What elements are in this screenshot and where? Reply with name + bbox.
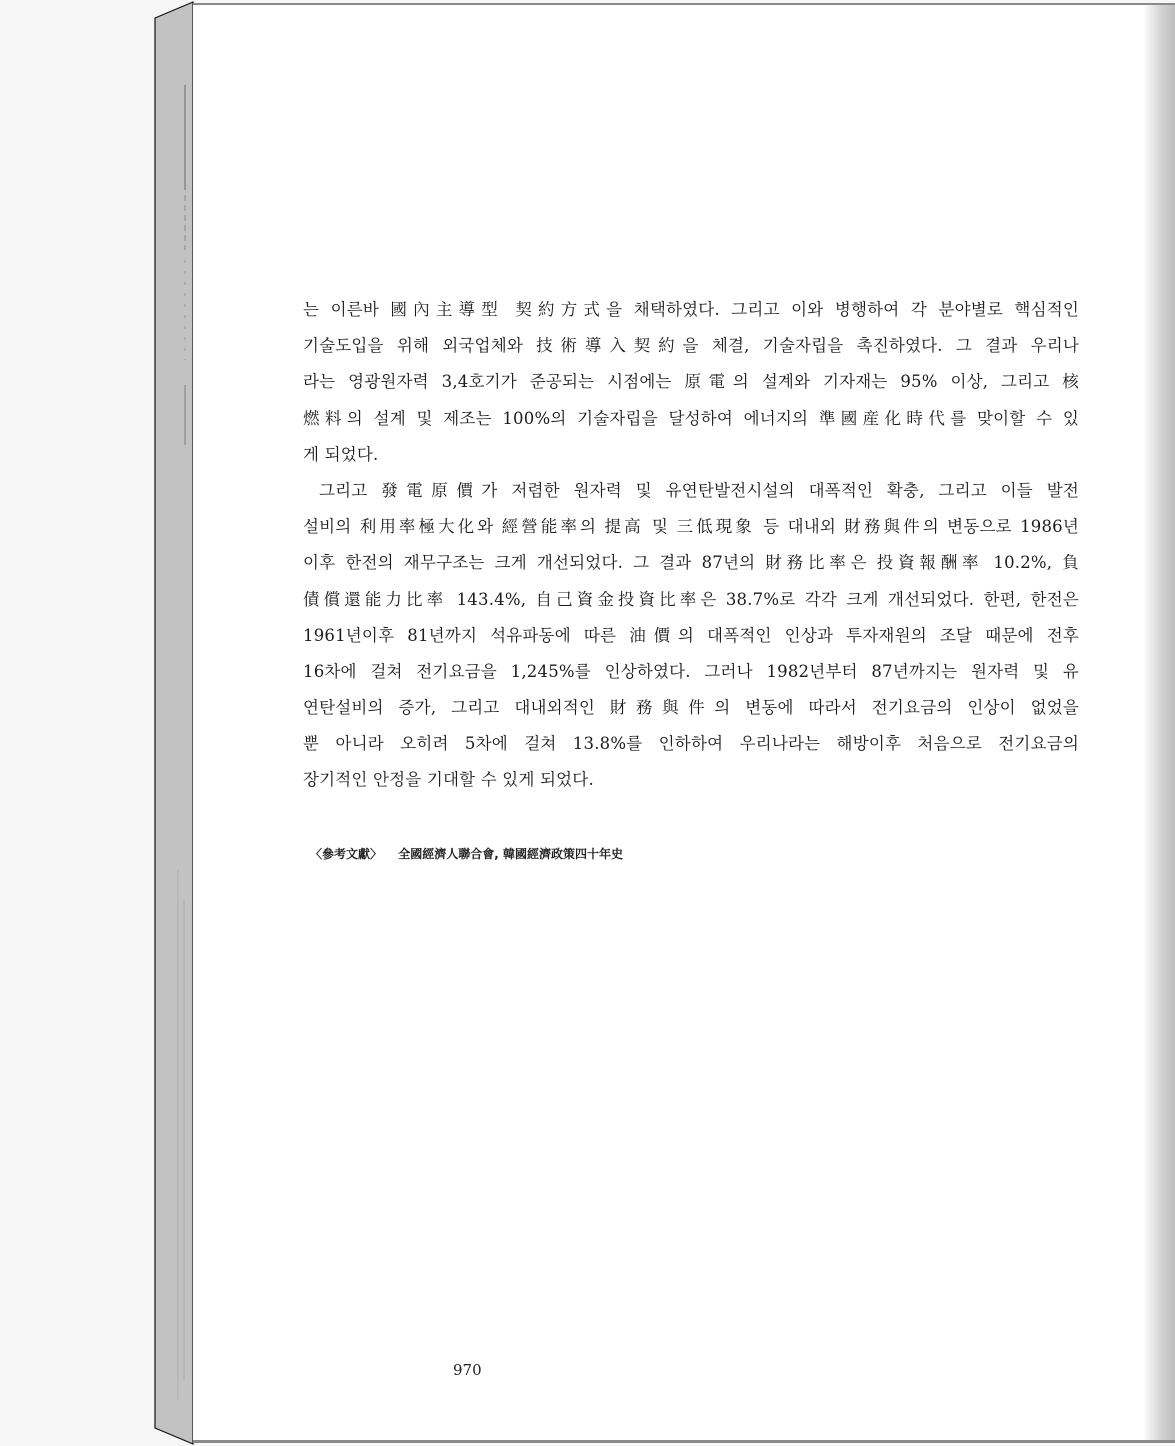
paragraph-1: 는 이른바 國內主導型 契約方式을 채택하였다. 그리고 이와 병행하여 각 분… <box>303 292 1079 473</box>
text-line: 이후 한전의 재무구조는 크게 개선되었다. 그 결과 87년의 財務比率은 投… <box>303 545 1079 581</box>
text-line: 16차에 걸쳐 전기요금을 1,245%를 인상하였다. 그러나 1982년부터… <box>303 654 1079 690</box>
text-line: 債償還能力比率 143.4%, 自己資金投資比率은 38.7%로 각각 크게 개… <box>303 582 1079 618</box>
text-line: 1961년이후 81년까지 석유파동에 따른 油價의 대폭적인 인상과 투자재원… <box>303 618 1079 654</box>
text-line: 는 이른바 國內主導型 契約方式을 채택하였다. 그리고 이와 병행하여 각 분… <box>303 292 1079 328</box>
paragraph-2: 그리고 發電原價가 저렴한 원자력 및 유연탄발전시설의 대폭적인 확충, 그리… <box>303 473 1079 799</box>
book-spine <box>154 0 194 1446</box>
text-line: 설비의 利用率極大化와 經營能率의 提高 및 三低現象 등 대내외 財務與件의 … <box>303 509 1079 545</box>
text-line: 燃料의 설계 및 제조는 100%의 기술자립을 달성하여 에너지의 準國産化時… <box>303 401 1079 437</box>
text-line: 기술도입을 위해 외국업체와 技術導入契約을 체결, 기술자립을 촉진하였다. … <box>303 328 1079 364</box>
book-spine-shape <box>154 0 194 1446</box>
page-number: 970 <box>453 1361 482 1379</box>
page-edge-shadow <box>1143 5 1175 1440</box>
references-label: 〈參考文獻〉 <box>310 847 382 861</box>
text-line: 게 되었다. <box>303 437 1079 473</box>
text-line: 연탄설비의 증가, 그리고 대내외적인 財務與件의 변동에 따라서 전기요금의 … <box>303 690 1079 726</box>
body-text: 는 이른바 國內主導型 契約方式을 채택하였다. 그리고 이와 병행하여 각 분… <box>303 292 1079 799</box>
text-line: 장기적인 안정을 기대할 수 있게 되었다. <box>303 762 1079 798</box>
references-text: 全國經濟人聯合會, 韓國經濟政策四十年史 <box>398 847 623 861</box>
document-page: 는 이른바 國內主導型 契約方式을 채택하였다. 그리고 이와 병행하여 각 분… <box>193 3 1175 1443</box>
text-line: 라는 영광원자력 3,4호기가 준공되는 시점에는 原電의 설계와 기자재는 9… <box>303 364 1079 400</box>
text-line: 그리고 發電原價가 저렴한 원자력 및 유연탄발전시설의 대폭적인 확충, 그리… <box>303 473 1079 509</box>
text-line: 뿐 아니라 오히려 5차에 걸쳐 13.8%를 인하하여 우리나라는 해방이후 … <box>303 726 1079 762</box>
references: 〈參考文獻〉 全國經濟人聯合會, 韓國經濟政策四十年史 <box>310 845 623 862</box>
